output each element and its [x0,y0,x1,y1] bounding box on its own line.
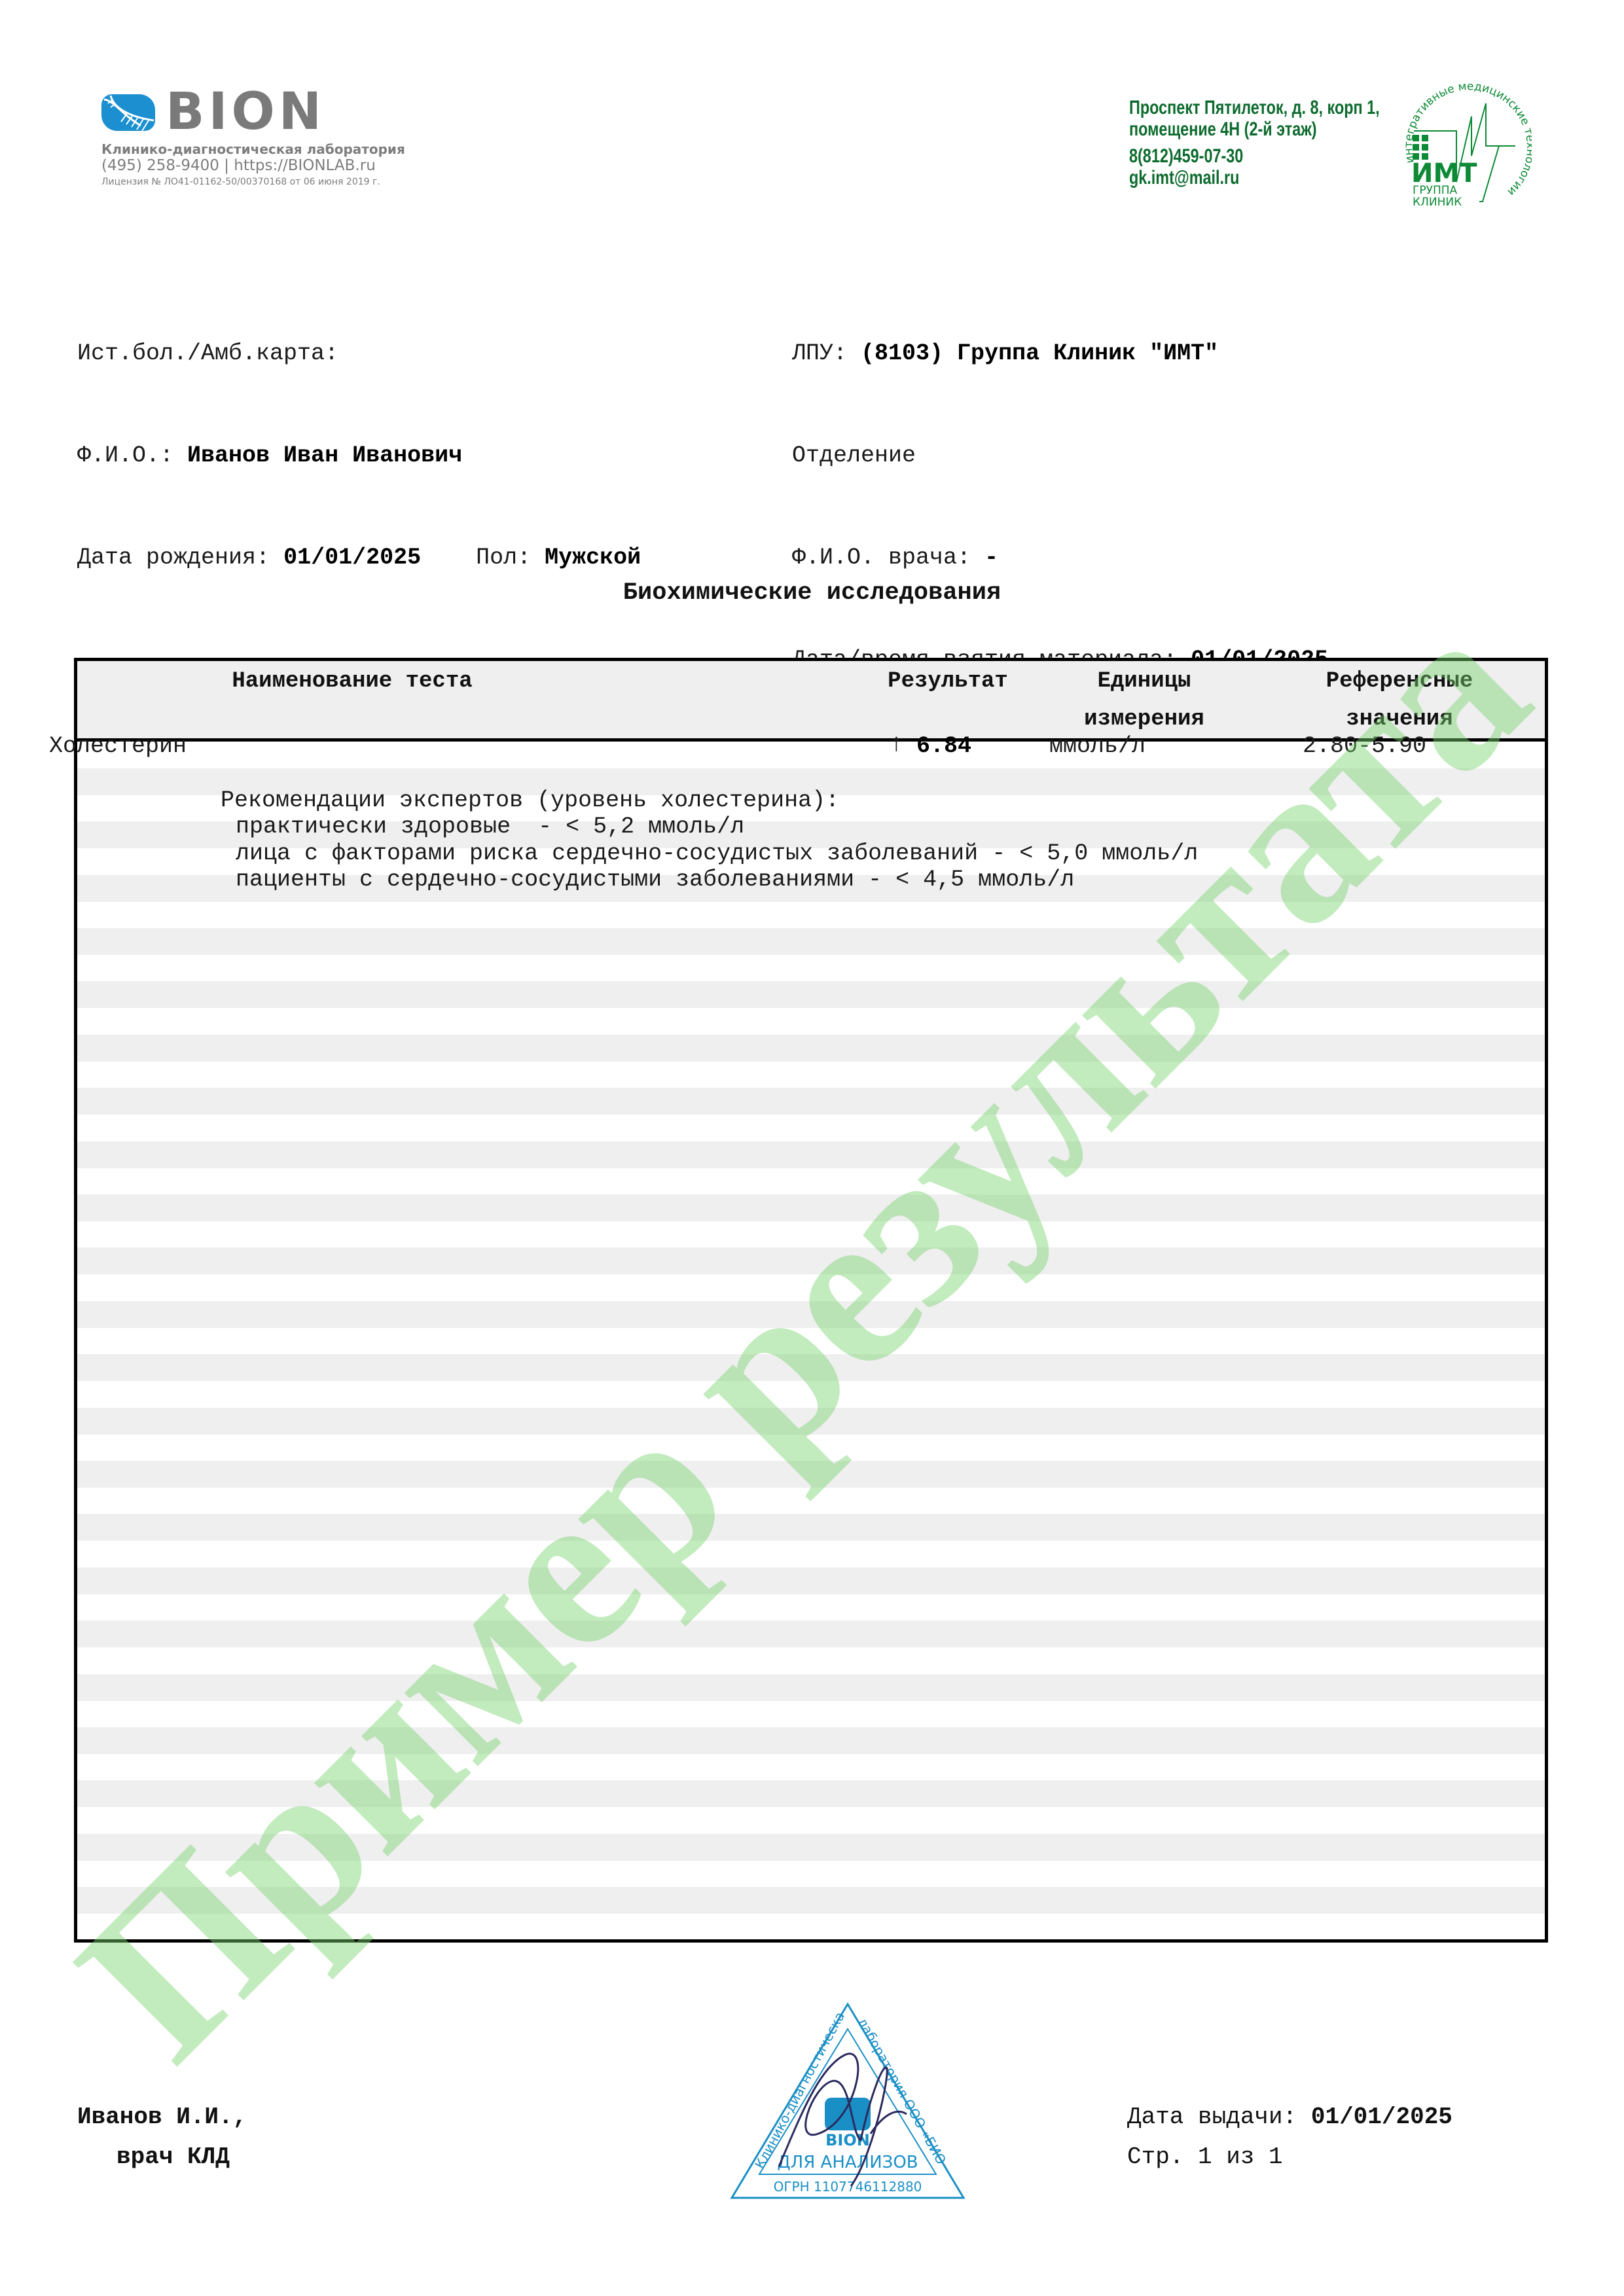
page-number: Стр. 1 из 1 [1127,2141,1283,2174]
lab-logo: BION Клинико-диагностическая лаборатория… [101,92,389,196]
doctor-label: Ф.И.О. врача: [792,545,984,571]
clinic-email: gk.imt@mail.ru [1129,167,1380,188]
lab-brand: BION [166,86,325,137]
table-stripe [77,1860,1545,1887]
table-stripe [77,1914,1545,1941]
dob-row: Дата рождения: 01/01/2025 Пол: Мужской [77,541,641,575]
test-result: 6.84 [916,733,971,759]
table-stripe [77,1408,1545,1435]
table-stripe [77,1061,1545,1088]
signing-doctor-name: Иванов И.И., [77,2101,247,2134]
dna-icon [101,94,155,131]
table-stripe [77,1461,1545,1488]
sex-label: Пол: [421,545,545,571]
clinic-logo-line2: КЛИНИК [1413,196,1462,208]
lpu-value: (8103) Группа Клиник "ИМТ" [861,340,1218,367]
stamp-ogrn: ОГРН 1107746112880 [774,2179,922,2195]
clinic-logo-line1: ГРУППА [1413,184,1458,197]
doctor-value: - [984,545,998,571]
table-header: Наименование теста Результат Единицы изм… [77,661,1545,742]
issue-date: 01/01/2025 [1311,2104,1453,2130]
lab-subtitle: Клинико-диагностическая лаборатория [101,141,405,157]
note-line: лица с факторами риска сердечно-сосудист… [236,840,1198,867]
test-reference: 2.80-5.90 [1303,733,1426,759]
name-row: Ф.И.О.: Иванов Иван Иванович [77,439,641,473]
table-stripe [77,1941,1545,1943]
patient-dob: 01/01/2025 [283,545,421,571]
patient-sex: Мужской [545,545,641,571]
table-stripes [77,742,1545,1939]
table-stripe [77,1035,1545,1062]
table-stripe [77,1221,1545,1248]
table-stripe [77,1541,1545,1568]
table-stripe [77,1247,1545,1274]
table-stripe [77,1327,1545,1354]
department-label: Отделение [792,439,1328,473]
stamp-center-text: ДЛЯ АНАЛИЗОВ [777,2153,918,2172]
lpu-label: ЛПУ: [792,340,861,367]
table-stripe [77,1168,1545,1194]
name-label: Ф.И.О.: [77,442,187,469]
table-stripe [77,1621,1545,1647]
table-stripe [77,1674,1545,1701]
table-stripe [77,1115,1545,1141]
test-units: ммоль/л [1049,733,1146,759]
table-stripe [77,1301,1545,1328]
table-stripe [77,1381,1545,1408]
lab-license: Лицензия № ЛО41-01162-50/00370168 от 06 … [101,177,380,187]
note-line: пациенты с сердечно-сосудистыми заболева… [236,867,1074,893]
table-stripe [77,955,1545,982]
clinic-address-line1: Проспект Пятилеток, д. 8, корп 1, [1129,97,1380,118]
column-header-name: Наименование теста [169,662,535,700]
issue-date-row: Дата выдачи: 01/01/2025 [1127,2101,1453,2134]
table-stripe [77,1568,1545,1594]
table-stripe [77,1780,1545,1807]
table-stripe [77,1008,1545,1035]
clinic-contacts: Проспект Пятилеток, д. 8, корп 1, помеще… [1129,97,1380,188]
clinic-phone: 8(812)459-07-30 [1129,145,1380,167]
table-stripe [77,1807,1545,1834]
table-stripe [77,1887,1545,1914]
column-header-result: Результат [863,662,1033,700]
table-stripe [77,1834,1545,1861]
table-stripe [77,928,1545,955]
issue-date-label: Дата выдачи: [1127,2104,1311,2130]
table-stripe [77,1647,1545,1674]
table-stripe [77,981,1545,1008]
table-stripe [77,1754,1545,1781]
column-header-reference: Референсные значения [1301,662,1498,738]
lab-contacts: (495) 258-9400 | https://BIONLAB.ru [101,157,376,174]
dob-label: Дата рождения: [77,545,283,571]
table-stripe [77,901,1545,928]
table-stripe [77,1274,1545,1301]
patient-name: Иванов Иван Иванович [187,442,462,469]
lpu-row: ЛПУ: (8103) Группа Клиник "ИМТ" [792,336,1328,370]
note-title: Рекомендации экспертов (уровень холестер… [221,787,839,814]
table-stripe [77,1727,1545,1754]
section-title: Биохимические исследования [0,579,1624,607]
table-stripe [77,1434,1545,1461]
table-stripe [77,1594,1545,1621]
table-stripe [77,1141,1545,1168]
table-stripe [77,1700,1545,1727]
table-stripe [77,1088,1545,1115]
table-stripe [77,1194,1545,1221]
signing-doctor-role: врач КЛД [117,2141,230,2174]
table-stripe [77,1514,1545,1541]
card-row: Ист.бол./Амб.карта: [77,336,641,370]
card-label: Ист.бол./Амб.карта: [77,340,338,367]
clinic-address-line2: помещение 4Н (2-й этаж) [1129,118,1380,140]
table-stripe [77,1488,1545,1515]
test-name: Холестерин [49,733,187,759]
stamp-brand: BION [825,2131,870,2149]
note-line: практически здоровые - < 5,2 ммоль/л [236,814,744,840]
clinic-logo: интегративные медицинские технологии ИМТ… [1394,84,1532,208]
lab-stamp: Клинико-диагностическая лаборатория ООО … [720,1990,975,2206]
column-header-units: Единицы измерения [1059,662,1229,738]
table-stripe [77,1354,1545,1381]
doctor-row: Ф.И.О. врача: - [792,541,1328,575]
arrow-up-icon: ↑ [889,732,904,758]
